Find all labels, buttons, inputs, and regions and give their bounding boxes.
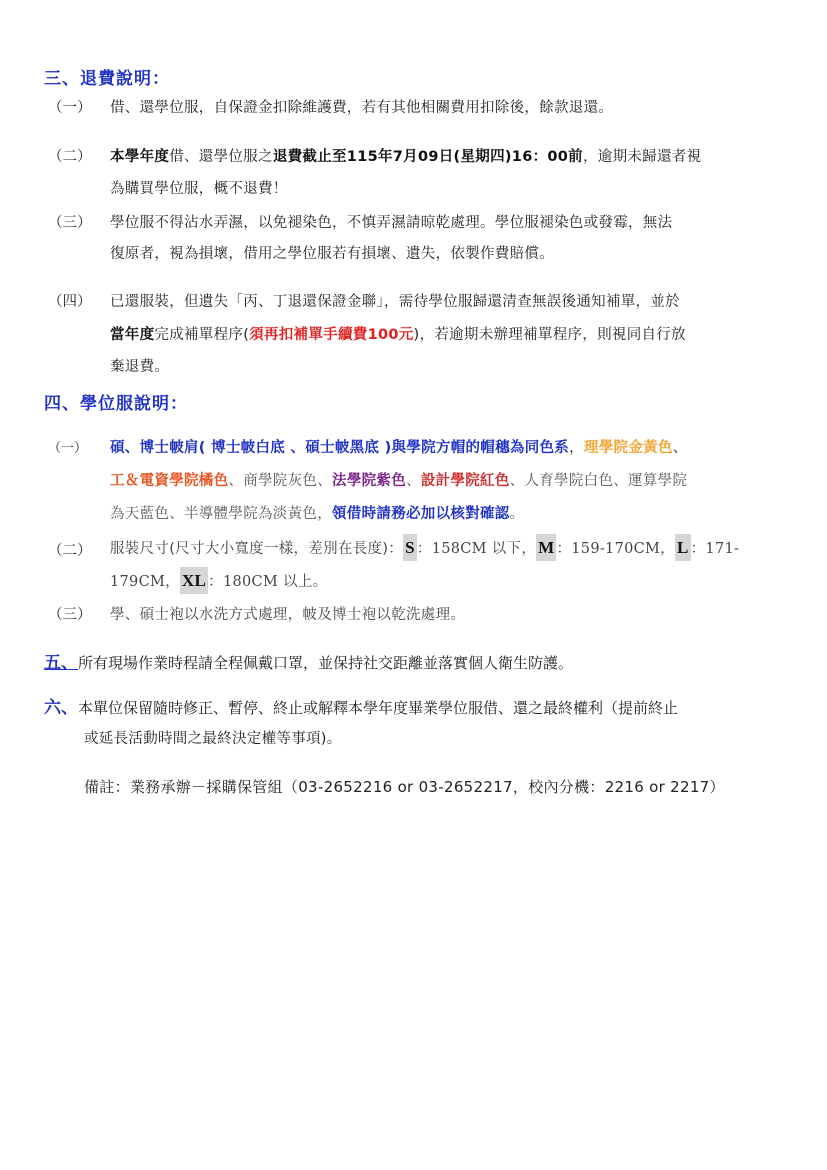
section-heading-gown: 四、學位服說明： (44, 389, 188, 414)
science-color-text: 理學院金黃色 (584, 440, 673, 456)
gown-item-2-line1: 服裝尺寸(尺寸大小寬度一樣，差別在長度)：S：158CM 以下，M：159-17… (110, 537, 739, 558)
contact-note: 備註：業務承辦－採購保管組（03-2652216 or 03-2652217，校… (84, 776, 725, 797)
refund-item-2-line1: 本學年度借、還學位服之退費截止至115年7月09日(星期四)16：00前，逾期未… (110, 145, 701, 166)
text: 服裝尺寸(尺寸大小寬度一樣，差別在長度)： (110, 541, 403, 557)
text: 、 (673, 440, 688, 456)
size-l-badge: L (675, 534, 691, 561)
item-number: （三） (48, 211, 92, 232)
bold-text: 本學年度 (110, 149, 169, 165)
gown-item-1-line1: 碩、博士帔肩( 博士帔白底 、碩士帔黑底 )與學院方帽的帽穗為同色系，理學院金黃… (110, 436, 688, 457)
gown-item-1-line2: 工＆電資學院橘色、商學院灰色、法學院紫色、設計學院紅色、人育學院白色、運算學院 (110, 469, 687, 490)
size-s-badge: S (403, 534, 417, 561)
rights-text: 本單位保留隨時修正、暫停、終止或解釋本學年度畢業學位服借、還之最終權利（提前終止 (78, 699, 678, 717)
item-number: （一） (48, 96, 92, 117)
fee-warning-text: 須再扣補單手續費100元 (249, 327, 413, 343)
text: 、人育學院白色、運算學院 (510, 473, 688, 489)
size-l-desc: ：171- (691, 541, 740, 557)
section-mark: 六、 (44, 698, 78, 718)
size-s-desc: ：158CM 以下， (417, 541, 536, 557)
gown-item-2-line2: 179CM，XL：180CM 以上。 (110, 570, 327, 591)
gown-item-1-line3: 為天藍色、半導體學院為淡黃色，領借時請務必加以核對確認。 (110, 502, 524, 523)
gown-item-3-text: 學、碩士袍以水洗方式處理，帔及博士袍以乾洗處理。 (110, 603, 465, 624)
refund-item-4-line3: 棄退費。 (110, 355, 169, 376)
text: ，逾期未歸還者視 (583, 149, 701, 165)
text: 、商學院灰色、 (228, 473, 332, 489)
colors-rule-text: 碩、博士帔肩( 博士帔白底 、碩士帔黑底 )與學院方帽的帽穗為同色系 (110, 440, 569, 456)
refund-item-1-text: 借、還學位服，自保證金扣除維護費，若有其他相關費用扣除後，餘款退還。 (110, 96, 613, 117)
section-heading-refund: 三、退費說明： (44, 64, 170, 89)
text: 完成補單程序( (154, 327, 249, 343)
size-m-desc: ：159-170CM， (556, 541, 675, 557)
text: 借、還學位服之 (169, 149, 273, 165)
text: )，若逾期未辦理補單程序，則視同自行放 (414, 327, 686, 343)
deadline-text: 退費截止至115年7月09日(星期四)16：00前 (273, 149, 583, 165)
refund-item-2-line2: 為購買學位服，概不退費！ (110, 177, 288, 198)
text: ， (569, 440, 584, 456)
item-number: （二） (48, 539, 92, 560)
item-number: （三） (48, 603, 92, 624)
engineering-color-text: 工＆電資學院橘色 (110, 473, 228, 489)
item-number: （四） (48, 290, 92, 311)
text: 。 (510, 506, 525, 522)
refund-item-3-line2: 復原者，視為損壞，借用之學位服若有損壞、遺失，依製作費賠償。 (110, 242, 554, 263)
section-5: 五、所有現場作業時程請全程佩戴口罩，並保持社交距離並落實個人衛生防護。 (44, 648, 573, 673)
refund-item-3-line1: 學位服不得沾水弄濕，以免褪染色，不慎弄濕請晾乾處理。學位服褪染色或發霉，無法 (110, 211, 672, 232)
size-xl-badge: XL (180, 567, 208, 594)
section-6-line1: 六、本單位保留隨時修正、暫停、終止或解釋本學年度畢業學位服借、還之最終權利（提前… (44, 693, 678, 718)
section-mark: 五、 (44, 653, 78, 673)
size-m-badge: M (536, 534, 556, 561)
design-color-text: 設計學院紅色 (421, 473, 510, 489)
item-number: （一） (48, 437, 87, 456)
document-page: 三、退費說明： （一） 借、還學位服，自保證金扣除維護費，若有其他相關費用扣除後… (0, 0, 827, 1170)
bold-text: 當年度 (110, 327, 154, 343)
refund-item-4-line2: 當年度完成補單程序(須再扣補單手續費100元)，若逾期未辦理補單程序，則視同自行… (110, 323, 686, 344)
text: 179CM， (110, 574, 180, 590)
section-6-line2: 或延長活動時間之最終決定權等事項)。 (84, 727, 342, 748)
verify-notice-text: 領借時請務必加以核對確認 (332, 506, 510, 522)
mask-rule-text: 所有現場作業時程請全程佩戴口罩，並保持社交距離並落實個人衛生防護。 (78, 654, 573, 672)
law-color-text: 法學院紫色 (332, 473, 406, 489)
size-xl-desc: ：180CM 以上。 (208, 574, 327, 590)
text: 為天藍色、半導體學院為淡黃色， (110, 506, 332, 522)
text: 、 (406, 473, 421, 489)
item-number: （二） (48, 145, 92, 166)
refund-item-4-line1: 已還服裝，但遺失「丙、丁退還保證金聯」，需待學位服歸還清查無誤後通知補單，並於 (110, 290, 680, 311)
